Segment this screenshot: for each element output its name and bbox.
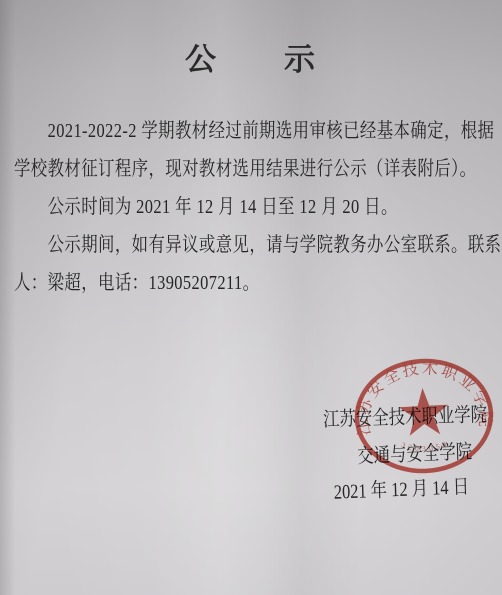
notice-title: 公 示 <box>0 34 502 79</box>
seal-star-icon <box>398 387 450 437</box>
photographed-notice-page: 公 示 2021-2022-2 学期教材经过前期选用审核已经基本确定，根据 学校… <box>0 0 502 595</box>
seal-code: 3203050 <box>400 438 451 455</box>
body-line: 学校教材征订程序，现对教材选用结果进行公示（详表附后）。 <box>14 150 408 188</box>
official-seal-stamp: 江苏安全技术职业学院 3203050 <box>344 348 502 486</box>
body-line: 人：梁超，电话：13905207211。 <box>14 264 408 302</box>
body-line: 公示期间，如有异议或意见，请与学院教务办公室联系。联系 <box>14 226 408 264</box>
notice-body: 2021-2022-2 学期教材经过前期选用审核已经基本确定，根据 学校教材征订… <box>14 112 494 302</box>
body-line: 2021-2022-2 学期教材经过前期选用审核已经基本确定，根据 <box>14 112 408 150</box>
body-line: 公示时间为 2021 年 12 月 14 日至 12 月 20 日。 <box>14 188 408 226</box>
svg-text:3203050: 3203050 <box>400 438 451 455</box>
